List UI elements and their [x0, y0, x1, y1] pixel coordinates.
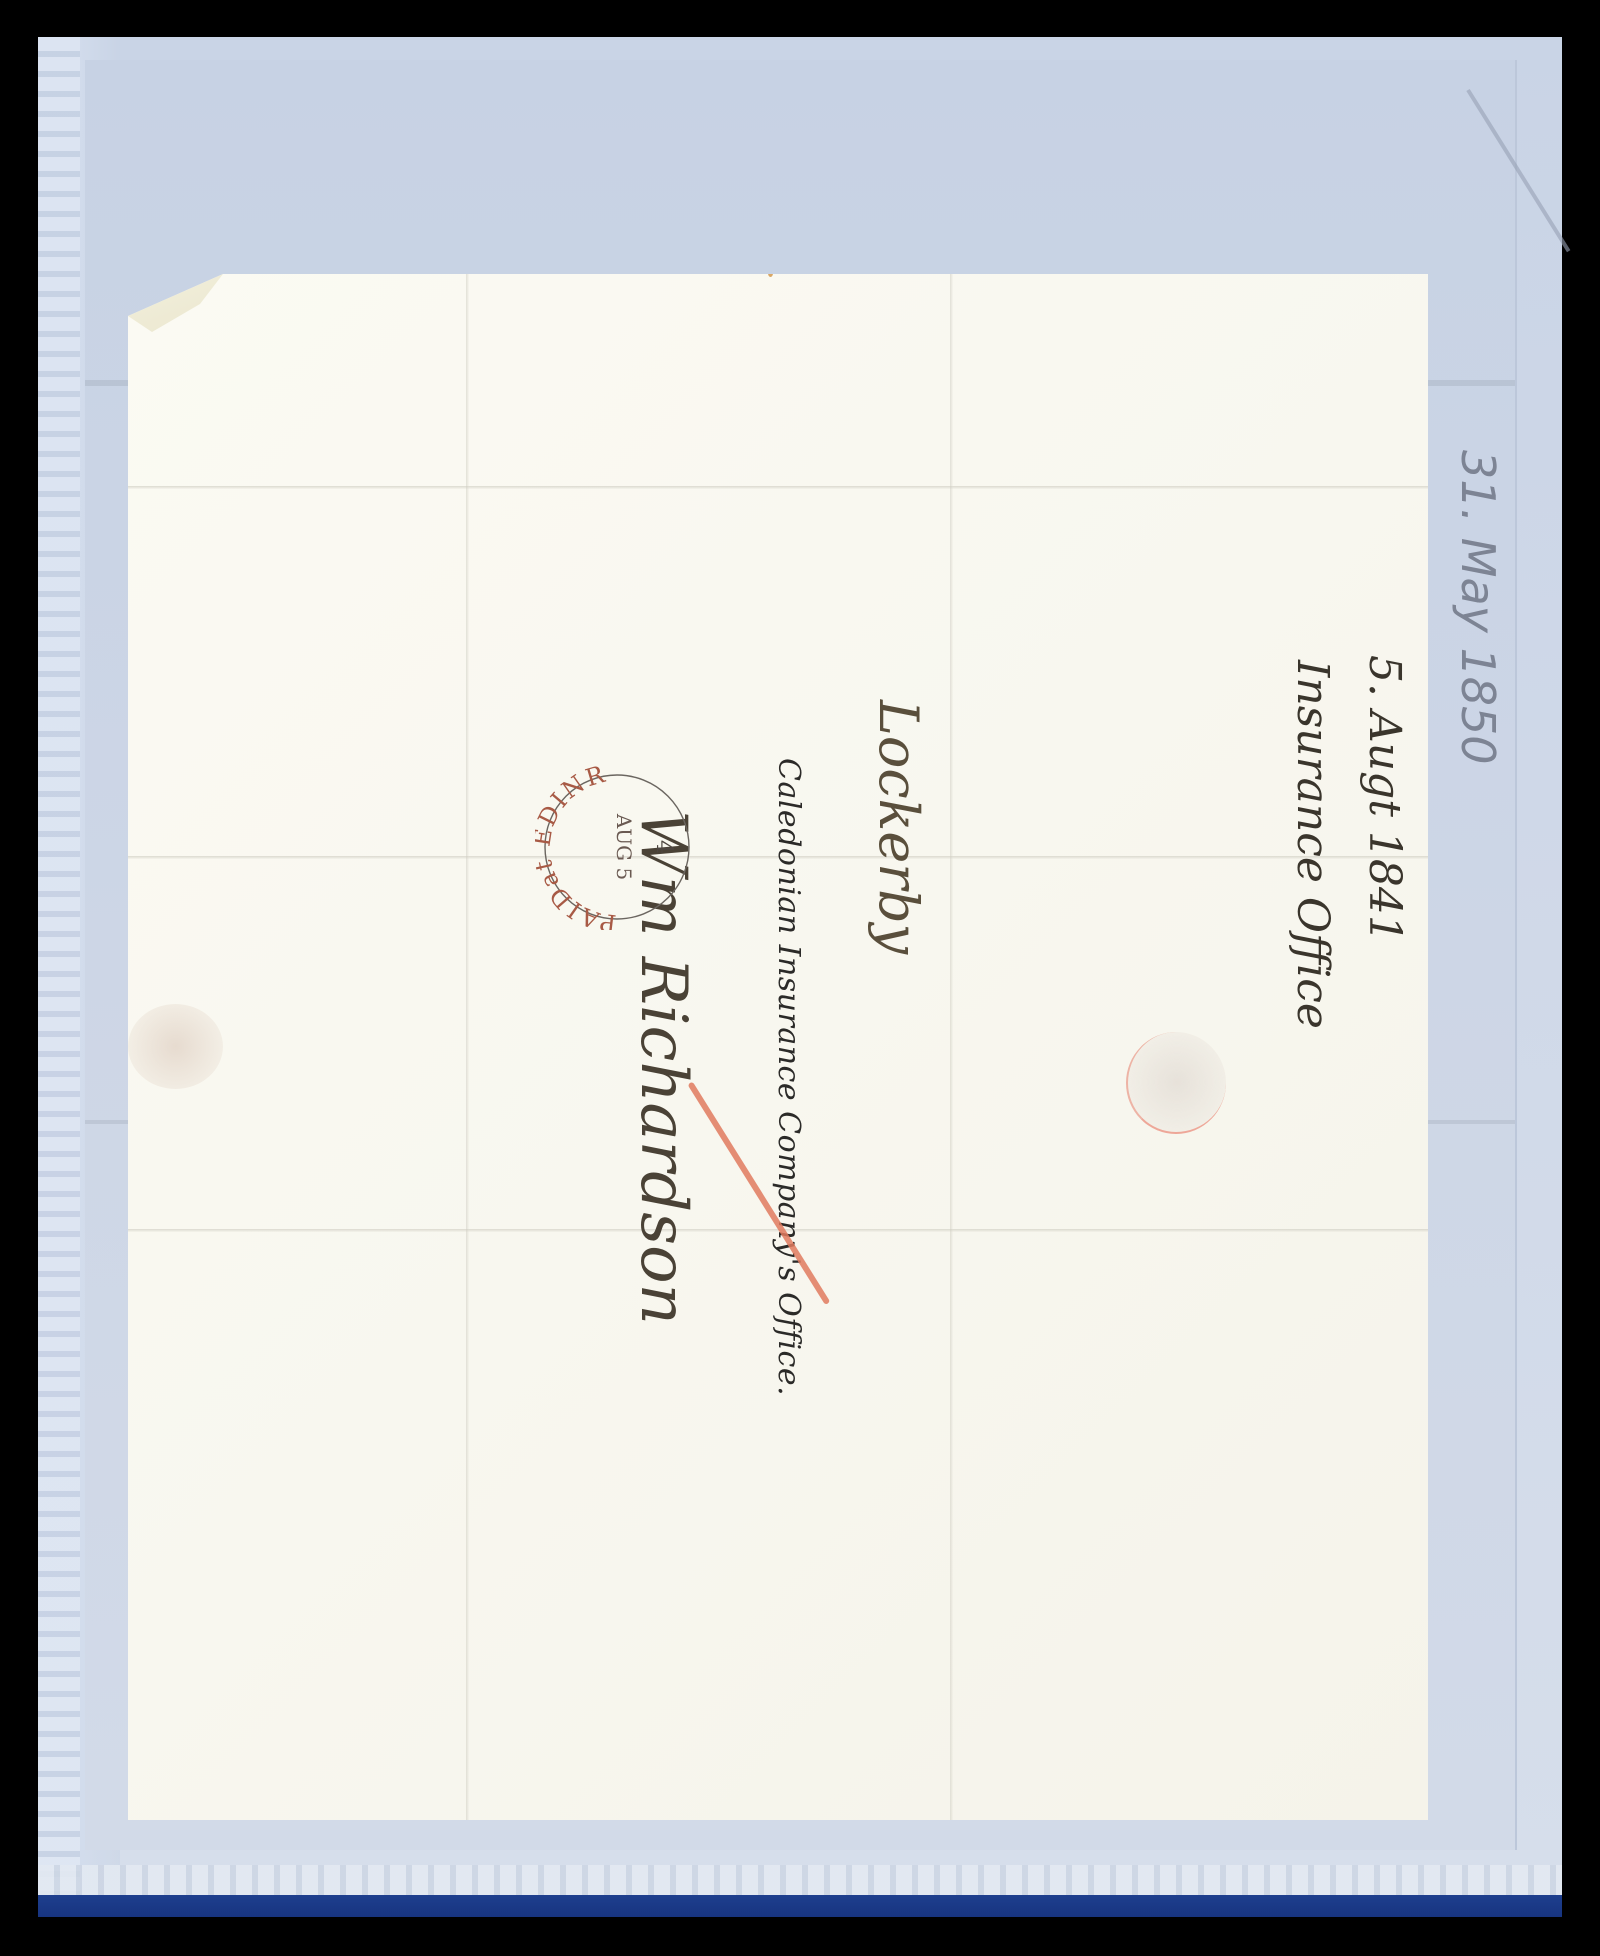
printed-company-frank: Caledonian Insurance Company's Office.	[771, 758, 806, 1396]
sleeve-bottom-seam	[38, 1865, 1562, 1895]
fold-line	[466, 274, 469, 1820]
docket-date: 5. Augt 1841	[1359, 655, 1410, 943]
docket-note: Insurance Office	[1287, 660, 1338, 1029]
svg-text:PAIDat EDINR: PAIDat EDINR	[535, 765, 618, 930]
fold-line	[950, 274, 953, 1820]
wax-seal-residue-left	[128, 1004, 223, 1089]
wax-seal-residue-right	[1126, 1032, 1226, 1134]
address-town: Lockerby	[867, 700, 930, 954]
svg-text:4: 4	[651, 840, 676, 854]
fold-line	[128, 486, 1428, 489]
pencil-annotation: 31. May 1850	[1451, 450, 1505, 765]
svg-text:AUG 5: AUG 5	[612, 813, 636, 880]
binder-page-edge	[38, 1895, 1562, 1917]
paid-edinburgh-postmark: PAIDat EDINR AUG 5 4	[535, 765, 700, 930]
sleeve-binding-perforations	[38, 37, 80, 1917]
